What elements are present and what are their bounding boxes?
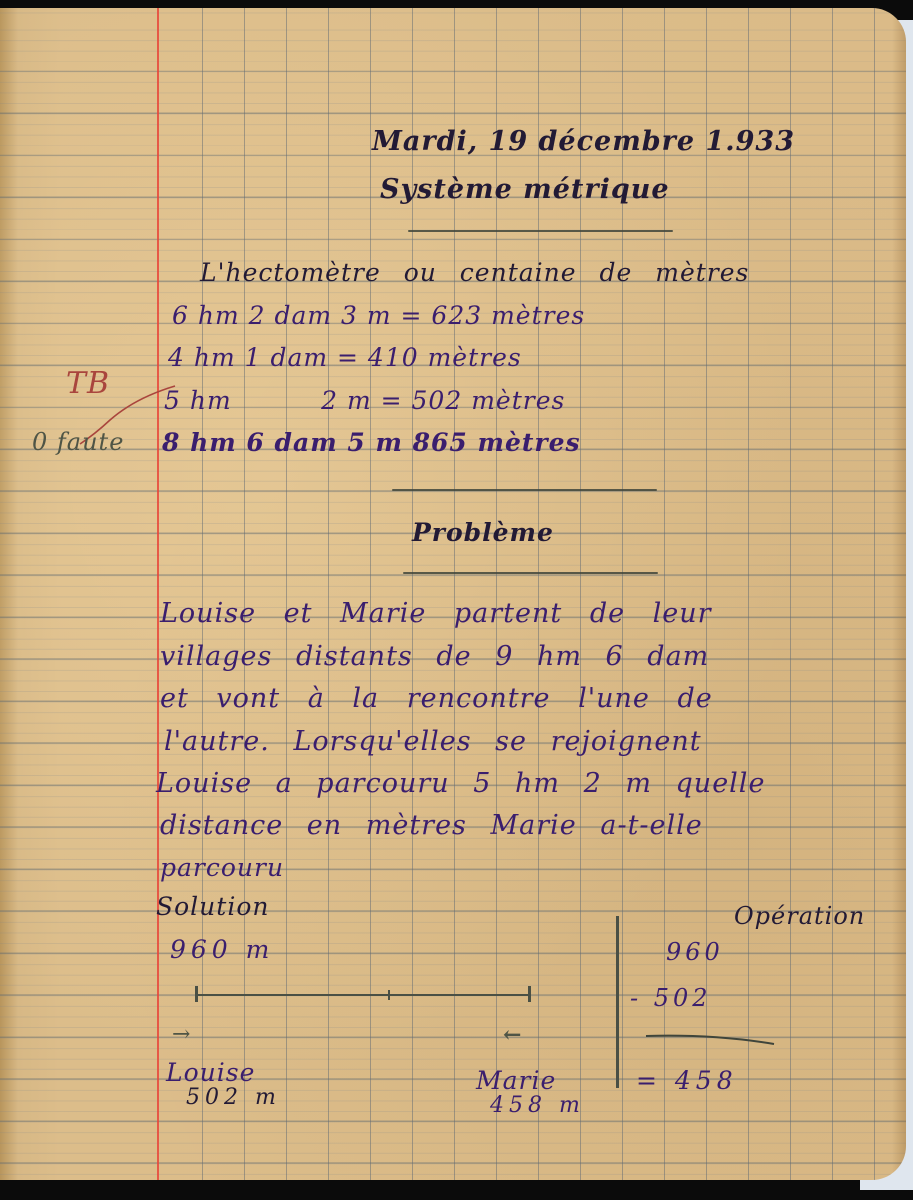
marie-direction-arrow-icon: ←: [503, 1022, 522, 1048]
lesson-line-1: 6 hm 2 dam 3 m = 623 mètres: [172, 301, 585, 330]
marie-label: Marie: [476, 1066, 556, 1095]
problem-line-3: et vont à la rencontre l'une de: [160, 683, 713, 714]
problem-line-2: villages distants de 9 hm 6 dam: [160, 641, 709, 672]
header-underline: [408, 230, 673, 232]
problem-top-rule: [392, 489, 657, 491]
page-edge-shadow: [892, 8, 906, 1180]
segment-end-tick: [528, 986, 531, 1002]
operation-subtrahend: - 502: [630, 984, 712, 1012]
lesson-line-4: 8 hm 6 dam 5 m 865 mètres: [162, 428, 581, 457]
operation-label: Opération: [734, 902, 865, 930]
segment-start-tick: [195, 986, 198, 1002]
louise-distance: 502 m: [186, 1085, 281, 1110]
problem-line-5: Louise a parcouru 5 hm 2 m quelle: [156, 768, 765, 799]
lesson-line-3: 5 hm 2 m = 502 mètres: [164, 386, 565, 415]
problem-line-1: Louise et Marie partent de leur: [160, 598, 712, 629]
solution-operation-divider: [616, 916, 619, 1088]
teacher-remark: 0 faute: [32, 428, 124, 456]
problem-heading: Problème: [412, 518, 554, 547]
problem-line-4: l'autre. Lorsqu'elles se rejoignent: [164, 726, 702, 757]
solution-label: Solution: [156, 892, 269, 921]
operation-result-rule: [644, 1032, 779, 1048]
louise-direction-arrow-icon: →: [172, 1022, 191, 1047]
lesson-heading: L'hectomètre ou centaine de mètres: [200, 258, 749, 287]
red-margin-line: [157, 8, 159, 1180]
operation-minuend: 960: [666, 938, 724, 966]
problem-line-6: distance en mètres Marie a-t-elle: [160, 810, 703, 841]
problem-bottom-rule: [403, 572, 658, 574]
marie-distance: 458 m: [490, 1093, 585, 1118]
subject-heading: Système métrique: [380, 174, 670, 205]
date-heading: Mardi, 19 décembre 1.933: [372, 126, 795, 157]
lesson-line-2: 4 hm 1 dam = 410 mètres: [168, 343, 522, 372]
segment-meeting-tick: [388, 990, 390, 1000]
solution-total-distance: 960 m: [170, 935, 274, 964]
louise-label: Louise: [166, 1058, 255, 1087]
distance-segment-line: [196, 994, 530, 996]
problem-line-7: parcouru: [160, 853, 284, 882]
operation-result: = 458: [636, 1066, 738, 1095]
notebook-page: Mardi, 19 décembre 1.933 Système métriqu…: [0, 8, 906, 1180]
